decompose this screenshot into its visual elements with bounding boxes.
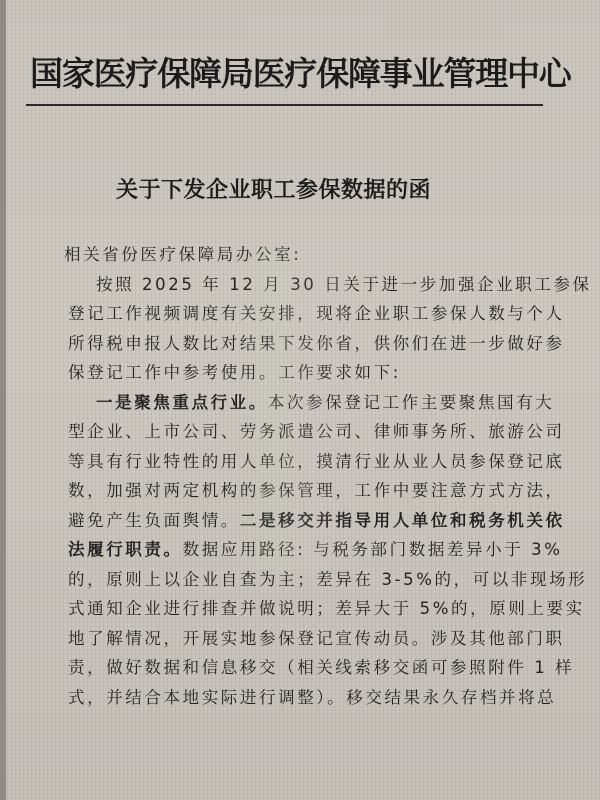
- paragraph-line: 责，做好数据和信息移交（相关线索移交函可参照附件 1 样: [68, 653, 538, 683]
- paragraph-line: 按照 2025 年 12 月 30 日关于进一步加强企业职工参保: [68, 270, 538, 300]
- key-point-heading: 法履行职责。: [68, 540, 183, 559]
- paragraph-line: 法履行职责。数据应用路径: 与税务部门数据差异小于 3%: [68, 535, 538, 565]
- paragraph-line: 所得税申报人数比对结果下发你省，供你们在进一步做好参: [68, 329, 538, 359]
- paragraph-line: 一是聚焦重点行业。本次参保登记工作主要聚焦国有大: [68, 388, 538, 418]
- paragraph-line: 数，加强对两定机构的参保管理，工作中要注意方式方法，: [68, 476, 538, 506]
- key-point-heading: 一是聚焦重点行业。: [96, 393, 268, 412]
- key-point-heading: 二是移交并指导用人单位和税务机关依: [240, 511, 565, 530]
- paragraph-line: 式，并结合本地实际进行调整）。移交结果永久存档并将总: [68, 683, 538, 713]
- paragraph-line: 的，原则上以企业自查为主；差异在 3-5%的，可以非现场形: [68, 565, 538, 595]
- document-page: 国家医疗保障局医疗保障事业管理中心 关于下发企业职工参保数据的函 相关省份医疗保…: [6, 0, 600, 800]
- document-body: 相关省份医疗保障局办公室: 按照 2025 年 12 月 30 日关于进一步加强…: [68, 240, 538, 712]
- salutation: 相关省份医疗保障局办公室:: [64, 240, 538, 270]
- paragraph-line: 式通知企业进行排查并做说明；差异大于 5%的，原则上要实: [68, 594, 538, 624]
- header-divider: [26, 104, 543, 106]
- paragraph-line: 等具有行业特性的用人单位，摸清行业从业人员参保登记底: [68, 447, 538, 477]
- document-title: 关于下发企业职工参保数据的函: [116, 173, 496, 204]
- paragraph-line: 型企业、上市公司、劳务派遣公司、律师事务所、旅游公司: [68, 417, 538, 447]
- paragraph-line: 地了解情况，开展实地参保登记宣传动员。涉及其他部门职: [68, 624, 538, 654]
- paragraph-line: 保登记工作中参考使用。工作要求如下:: [68, 358, 538, 388]
- paragraph-line: 登记工作视频调度有关安排，现将企业职工参保人数与个人: [68, 299, 538, 329]
- paragraph-line: 避免产生负面舆情。二是移交并指导用人单位和税务机关依: [68, 506, 538, 536]
- issuing-organization-header: 国家医疗保障局医疗保障事业管理中心: [30, 48, 550, 95]
